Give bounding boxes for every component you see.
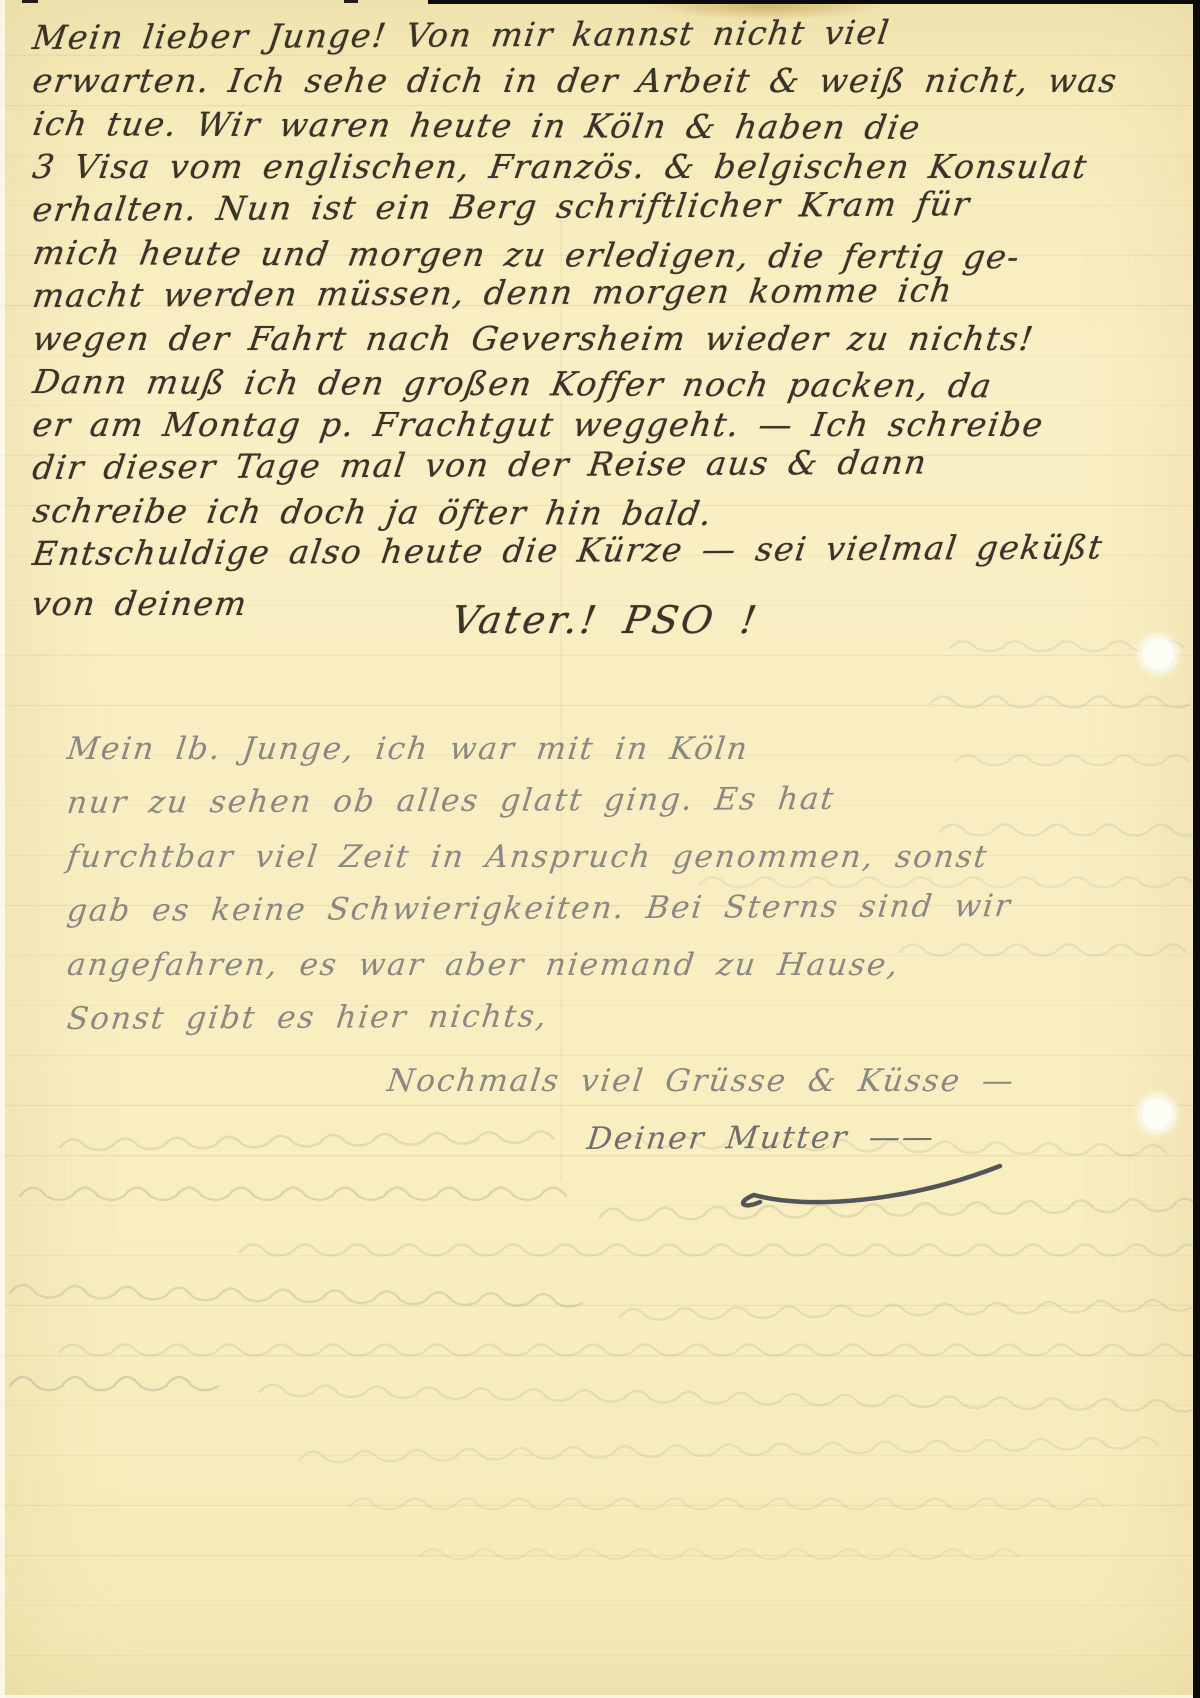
letter-line: erwarten. Ich sehe dich in der Arbeit & …: [30, 59, 1184, 102]
letter-line: Sonst gibt es hier nichts,: [64, 986, 1181, 1046]
letter-line: dir dieser Tage mal von der Reise aus & …: [30, 439, 1185, 489]
letter-line: Entschuldige also heute die Kürze — sei …: [30, 525, 1185, 575]
pencil-text-block: Mein lb. Junge, ich war mit in Köln nur …: [64, 722, 1174, 1166]
letter-line: furchtbar viel Zeit in Anspruch genommen…: [64, 830, 1181, 884]
letter-line: ich tue. Wir waren heute in Köln & haben…: [30, 102, 1184, 150]
letter-line: nur zu sehen ob alles glatt ging. Es hat: [64, 770, 1181, 830]
letter-line: Mein lieber Junge! Von mir kannst nicht …: [30, 9, 1185, 59]
scan-edge-left: [0, 0, 5, 1698]
letter-line: angefahren, es war aber niemand zu Hause…: [64, 938, 1181, 992]
letter-page: Mein lieber Junge! Von mir kannst nicht …: [0, 0, 1200, 1698]
hole-punch: [1141, 637, 1175, 671]
scan-edge-top: [428, 0, 1200, 4]
scan-edge-right: [1193, 0, 1200, 1698]
letter-line: Mein lb. Junge, ich war mit in Köln: [64, 722, 1181, 776]
letter-line: macht werden müssen, denn morgen komme i…: [30, 267, 1185, 317]
letter-line: Dann muß ich den großen Koffer noch pack…: [30, 360, 1184, 408]
ink-text-block: Mein lieber Junge! Von mir kannst nicht …: [30, 16, 1178, 575]
scan-edge-mark: [22, 0, 38, 3]
letter-line: wegen der Fahrt nach Geversheim wieder z…: [30, 317, 1184, 360]
mother-signature: Deiner Mutter ——: [584, 1109, 1181, 1166]
letter-line: erhalten. Nun ist ein Berg schriftlicher…: [30, 181, 1185, 231]
pencil-closing-line: Nochmals viel Grüsse & Küsse —: [384, 1054, 1181, 1108]
ink-signature-row: von deinem Vater.! PSO !: [32, 584, 1170, 664]
ink-from-line: von deinem: [29, 584, 250, 623]
scan-edge-mark: [344, 0, 358, 3]
hole-punch: [1140, 1097, 1174, 1131]
letter-line: gab es keine Schwierigkeiten. Bei Sterns…: [64, 878, 1181, 938]
father-signature: Vater.! PSO !: [449, 598, 763, 642]
